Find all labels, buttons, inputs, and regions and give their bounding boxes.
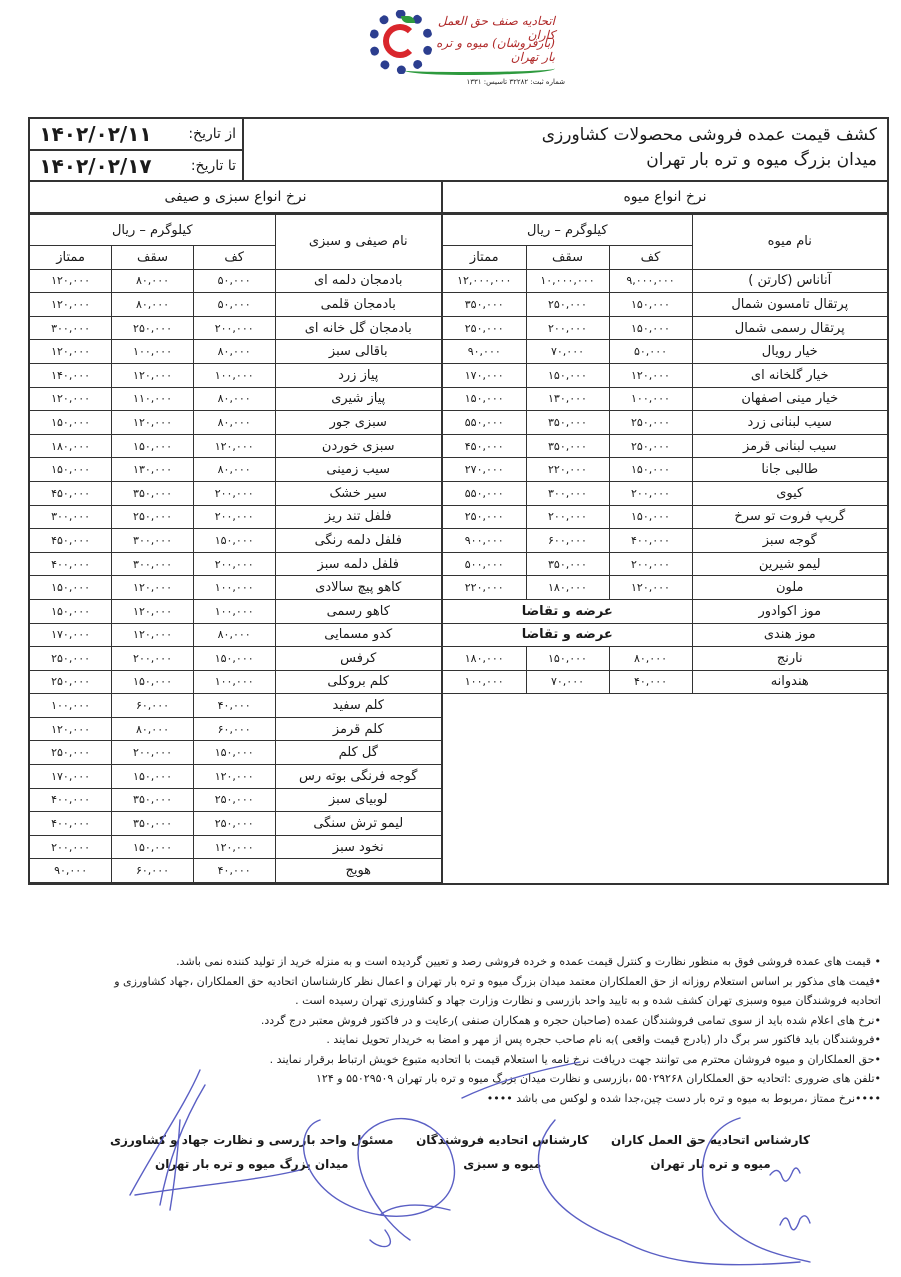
to-date-value: ۱۴۰۲/۰۲/۱۷: [30, 154, 161, 178]
price-kaf: ۵۰,۰۰۰: [609, 340, 692, 364]
price-kaf: ۱۲۰,۰۰۰: [609, 576, 692, 600]
item-name: کاهو رسمی: [275, 599, 441, 623]
price-momtaz: ۳۵۰,۰۰۰: [443, 293, 526, 317]
price-momtaz: ۹۰۰,۰۰۰: [443, 529, 526, 553]
price-saqf: ۱۱۰,۰۰۰: [112, 387, 194, 411]
price-saqf: ۱۵۰,۰۰۰: [112, 765, 194, 789]
price-kaf: ۸۰,۰۰۰: [193, 340, 275, 364]
price-kaf: ۸۰,۰۰۰: [193, 411, 275, 435]
price-saqf: ۳۰۰,۰۰۰: [112, 552, 194, 576]
price-saqf: ۲۵۰,۰۰۰: [112, 505, 194, 529]
table-row: لیمو شیرین۲۰۰,۰۰۰۳۵۰,۰۰۰۵۰۰,۰۰۰: [443, 552, 887, 576]
price-kaf: ۱۰۰,۰۰۰: [193, 599, 275, 623]
price-momtaz: ۲۵۰,۰۰۰: [30, 647, 112, 671]
price-momtaz: ۴۰۰,۰۰۰: [30, 812, 112, 836]
table-row: گریپ فروت تو سرخ۱۵۰,۰۰۰۲۰۰,۰۰۰۲۵۰,۰۰۰: [443, 505, 887, 529]
table-row: پیاز زرد۱۰۰,۰۰۰۱۲۰,۰۰۰۱۴۰,۰۰۰: [30, 363, 441, 387]
note-line: •فروشندگان باید فاکتور سر برگ دار (بادرج…: [18, 1030, 881, 1050]
from-date: از تاریخ: ۱۴۰۲/۰۲/۱۱: [30, 119, 242, 149]
item-name: کلم بروکلی: [275, 670, 441, 694]
item-name: پیاز شیری: [275, 387, 441, 411]
price-momtaz: ۵۰۰,۰۰۰: [443, 552, 526, 576]
table-row: موز اکوادورعرضه و تقاضا: [443, 599, 887, 623]
table-row: آناناس (کارتن )۹,۰۰۰,۰۰۰۱۰,۰۰۰,۰۰۰۱۲,۰۰۰…: [443, 269, 887, 293]
price-momtaz: ۲۲۰,۰۰۰: [443, 576, 526, 600]
item-name: گل کلم: [275, 741, 441, 765]
price-saqf: ۱۵۰,۰۰۰: [526, 363, 609, 387]
item-name: هویج: [275, 859, 441, 883]
price-saqf: ۱۲۰,۰۰۰: [112, 363, 194, 387]
table-row: کلم سفید۴۰,۰۰۰۶۰,۰۰۰۱۰۰,۰۰۰: [30, 694, 441, 718]
table-row: فلفل دلمه سبز۲۰۰,۰۰۰۳۰۰,۰۰۰۴۰۰,۰۰۰: [30, 552, 441, 576]
title-line-1: کشف قیمت عمده فروشی محصولات کشاورزی: [244, 123, 877, 148]
table-row: ملون۱۲۰,۰۰۰۱۸۰,۰۰۰۲۲۰,۰۰۰: [443, 576, 887, 600]
signature-subtitle: میوه و تره بار تهران: [611, 1152, 810, 1176]
item-name: فلفل دلمه سبز: [275, 552, 441, 576]
price-momtaz: ۴۵۰,۰۰۰: [30, 529, 112, 553]
table-row: سبزی جور۸۰,۰۰۰۱۲۰,۰۰۰۱۵۰,۰۰۰: [30, 411, 441, 435]
price-kaf: ۲۵۰,۰۰۰: [193, 812, 275, 836]
item-name: خیار رویال: [692, 340, 887, 364]
signature-title: کارشناس اتحادیه حق العمل کاران: [611, 1128, 810, 1152]
item-name: طالبی جانا: [692, 458, 887, 482]
price-kaf: ۱۵۰,۰۰۰: [193, 529, 275, 553]
item-name: فلفل دلمه رنگی: [275, 529, 441, 553]
signature-blocks: کارشناس اتحادیه حق العمل کاران میوه و تر…: [110, 1128, 810, 1176]
veg-col-momtaz: ممتاز: [30, 246, 112, 270]
price-saqf: ۱۳۰,۰۰۰: [112, 458, 194, 482]
price-momtaz: ۹۰,۰۰۰: [30, 859, 112, 883]
price-saqf: ۱۳۰,۰۰۰: [526, 387, 609, 411]
table-row: سیر خشک۲۰۰,۰۰۰۳۵۰,۰۰۰۴۵۰,۰۰۰: [30, 481, 441, 505]
price-saqf: ۱۵۰,۰۰۰: [112, 434, 194, 458]
signature-subtitle: میدان بزرگ میوه و تره بار تهران: [110, 1152, 393, 1176]
item-name: گوجه سبز: [692, 529, 887, 553]
price-kaf: ۲۰۰,۰۰۰: [609, 552, 692, 576]
price-saqf: ۲۵۰,۰۰۰: [112, 316, 194, 340]
price-saqf: ۱۲۰,۰۰۰: [112, 599, 194, 623]
price-kaf: ۱۵۰,۰۰۰: [609, 293, 692, 317]
veg-col-kaf: کف: [193, 246, 275, 270]
to-date-label: تا تاریخ:: [161, 158, 242, 174]
price-kaf: ۲۵۰,۰۰۰: [609, 411, 692, 435]
table-row: لیمو ترش سنگی۲۵۰,۰۰۰۳۵۰,۰۰۰۴۰۰,۰۰۰: [30, 812, 441, 836]
fruit-col-kaf: کف: [609, 246, 692, 270]
table-row: موز هندیعرضه و تقاضا: [443, 623, 887, 647]
price-kaf: ۶۰,۰۰۰: [193, 717, 275, 741]
price-saqf: ۶۰۰,۰۰۰: [526, 529, 609, 553]
item-name: کدو مسمایی: [275, 623, 441, 647]
table-row: باقالی سبز۸۰,۰۰۰۱۰۰,۰۰۰۱۲۰,۰۰۰: [30, 340, 441, 364]
price-kaf: ۲۰۰,۰۰۰: [609, 481, 692, 505]
item-name: فلفل تند ریز: [275, 505, 441, 529]
item-name: ملون: [692, 576, 887, 600]
price-saqf: ۲۵۰,۰۰۰: [526, 293, 609, 317]
price-momtaz: ۱۲۰,۰۰۰: [30, 340, 112, 364]
price-kaf: ۴۰,۰۰۰: [609, 670, 692, 694]
date-range: از تاریخ: ۱۴۰۲/۰۲/۱۱ تا تاریخ: ۱۴۰۲/۰۲/۱…: [30, 119, 244, 180]
price-saqf: ۱۲۰,۰۰۰: [112, 623, 194, 647]
from-date-value: ۱۴۰۲/۰۲/۱۱: [30, 122, 161, 146]
price-saqf: ۲۲۰,۰۰۰: [526, 458, 609, 482]
fruit-panel: نرخ انواع میوه نام میوه کیلوگرم – ریال ک…: [441, 182, 887, 883]
item-name: سیب لبنانی زرد: [692, 411, 887, 435]
price-saqf: ۳۵۰,۰۰۰: [112, 481, 194, 505]
note-line: •قیمت های مذکور بر اساس استعلام روزانه ا…: [18, 972, 881, 992]
item-name: باقالی سبز: [275, 340, 441, 364]
item-name: کرفس: [275, 647, 441, 671]
price-saqf: ۷۰,۰۰۰: [526, 340, 609, 364]
price-momtaz: ۲۵۰,۰۰۰: [30, 741, 112, 765]
item-name: کاهو پیچ سالادی: [275, 576, 441, 600]
price-momtaz: ۴۰۰,۰۰۰: [30, 552, 112, 576]
price-momtaz: ۲۷۰,۰۰۰: [443, 458, 526, 482]
item-name: پرتقال رسمی شمال: [692, 316, 887, 340]
price-momtaz: ۱۵۰,۰۰۰: [30, 599, 112, 623]
note-line: •حق العملکاران و میوه فروشان محترم می تو…: [18, 1050, 881, 1070]
price-momtaz: ۲۰۰,۰۰۰: [30, 835, 112, 859]
price-tables: نرخ انواع میوه نام میوه کیلوگرم – ریال ک…: [30, 182, 887, 883]
table-row: بادمجان گل خانه ای۲۰۰,۰۰۰۲۵۰,۰۰۰۳۰۰,۰۰۰: [30, 316, 441, 340]
table-row: کلم بروکلی۱۰۰,۰۰۰۱۵۰,۰۰۰۲۵۰,۰۰۰: [30, 670, 441, 694]
fruit-col-momtaz: ممتاز: [443, 246, 526, 270]
price-sheet: از تاریخ: ۱۴۰۲/۰۲/۱۱ تا تاریخ: ۱۴۰۲/۰۲/۱…: [28, 117, 889, 885]
item-name: پیاز زرد: [275, 363, 441, 387]
from-date-label: از تاریخ:: [161, 126, 242, 142]
fruit-unit-header: کیلوگرم – ریال: [443, 215, 692, 246]
vegetable-panel: نرخ انواع سبزی و صیفی نام صیفی و سبزی کی…: [30, 182, 441, 883]
signature-title: مسئول واحد بازرسی و نظارت جهاد و کشاورزی: [110, 1128, 393, 1152]
item-name: کیوی: [692, 481, 887, 505]
item-name: آناناس (کارتن ): [692, 269, 887, 293]
signature-title: کارشناس اتحادیه فروشندگان: [416, 1128, 588, 1152]
price-momtaz: ۱۲۰,۰۰۰: [30, 269, 112, 293]
item-name: کلم سفید: [275, 694, 441, 718]
title-line-2: میدان بزرگ میوه و تره بار تهران: [244, 148, 877, 173]
price-kaf: ۱۰۰,۰۰۰: [609, 387, 692, 411]
table-row: سیب لبنانی زرد۲۵۰,۰۰۰۳۵۰,۰۰۰۵۵۰,۰۰۰: [443, 411, 887, 435]
table-row: خیار مینی اصفهان۱۰۰,۰۰۰۱۳۰,۰۰۰۱۵۰,۰۰۰: [443, 387, 887, 411]
note-line: ••••نرخ ممتاز ،مربوط به میوه و تره بار د…: [18, 1089, 881, 1109]
price-momtaz: ۱۷۰,۰۰۰: [443, 363, 526, 387]
price-momtaz: ۴۰۰,۰۰۰: [30, 788, 112, 812]
signature-block-inspection: مسئول واحد بازرسی و نظارت جهاد و کشاورزی…: [110, 1128, 393, 1176]
fruit-table: نام میوه کیلوگرم – ریال کف سقف ممتاز آنا…: [443, 214, 887, 694]
footnotes: • قیمت های عمده فروشی فوق به منظور نظارت…: [18, 952, 881, 1108]
price-saqf: ۱۰,۰۰۰,۰۰۰: [526, 269, 609, 293]
to-date: تا تاریخ: ۱۴۰۲/۰۲/۱۷: [30, 149, 242, 181]
price-momtaz: ۱۲۰,۰۰۰: [30, 717, 112, 741]
item-name: کلم قرمز: [275, 717, 441, 741]
price-saqf: ۳۵۰,۰۰۰: [112, 788, 194, 812]
price-momtaz: ۱۰۰,۰۰۰: [443, 670, 526, 694]
item-name: موز اکوادور: [692, 599, 887, 623]
price-saqf: ۷۰,۰۰۰: [526, 670, 609, 694]
price-kaf: ۲۰۰,۰۰۰: [193, 316, 275, 340]
table-row: کاهو پیچ سالادی۱۰۰,۰۰۰۱۲۰,۰۰۰۱۵۰,۰۰۰: [30, 576, 441, 600]
price-saqf: ۲۰۰,۰۰۰: [526, 316, 609, 340]
price-kaf: ۴۰,۰۰۰: [193, 859, 275, 883]
price-kaf: ۴۰,۰۰۰: [193, 694, 275, 718]
table-row: خیار رویال۵۰,۰۰۰۷۰,۰۰۰۹۰,۰۰۰: [443, 340, 887, 364]
price-saqf: ۲۰۰,۰۰۰: [526, 505, 609, 529]
table-row: سیب زمینی۸۰,۰۰۰۱۳۰,۰۰۰۱۵۰,۰۰۰: [30, 458, 441, 482]
item-name: نارنج: [692, 647, 887, 671]
signature-subtitle: میوه و سبزی: [416, 1152, 588, 1176]
price-momtaz: ۲۵۰,۰۰۰: [443, 505, 526, 529]
supply-demand-note: عرضه و تقاضا: [443, 599, 692, 623]
table-row: بادمجان دلمه ای۵۰,۰۰۰۸۰,۰۰۰۱۲۰,۰۰۰: [30, 269, 441, 293]
table-row: لوبیای سبز۲۵۰,۰۰۰۳۵۰,۰۰۰۴۰۰,۰۰۰: [30, 788, 441, 812]
price-kaf: ۵۰,۰۰۰: [193, 293, 275, 317]
price-kaf: ۱۲۰,۰۰۰: [193, 835, 275, 859]
note-line: •نرخ های اعلام شده باید از سوی تمامی فرو…: [18, 1011, 881, 1031]
fruit-section-title: نرخ انواع میوه: [443, 182, 887, 214]
logo-registration: شماره ثبت: ۳۲۲۸۲ تاسیس: ۱۳۳۱: [429, 78, 565, 86]
price-kaf: ۵۰,۰۰۰: [193, 269, 275, 293]
price-momtaz: ۳۰۰,۰۰۰: [30, 505, 112, 529]
table-row: گل کلم۱۵۰,۰۰۰۲۰۰,۰۰۰۲۵۰,۰۰۰: [30, 741, 441, 765]
price-momtaz: ۱۵۰,۰۰۰: [30, 411, 112, 435]
note-line: •تلفن های ضروری :اتحادیه حق العملکاران ۵…: [18, 1069, 881, 1089]
price-kaf: ۸۰,۰۰۰: [193, 458, 275, 482]
price-momtaz: ۱۰۰,۰۰۰: [30, 694, 112, 718]
table-row: هندوانه۴۰,۰۰۰۷۰,۰۰۰۱۰۰,۰۰۰: [443, 670, 887, 694]
price-momtaz: ۱۵۰,۰۰۰: [30, 576, 112, 600]
table-row: کلم قرمز۶۰,۰۰۰۸۰,۰۰۰۱۲۰,۰۰۰: [30, 717, 441, 741]
table-row: سبزی خوردن۱۲۰,۰۰۰۱۵۰,۰۰۰۱۸۰,۰۰۰: [30, 434, 441, 458]
table-row: کدو مسمایی۸۰,۰۰۰۱۲۰,۰۰۰۱۷۰,۰۰۰: [30, 623, 441, 647]
item-name: خیار مینی اصفهان: [692, 387, 887, 411]
table-row: کیوی۲۰۰,۰۰۰۳۰۰,۰۰۰۵۵۰,۰۰۰: [443, 481, 887, 505]
note-line: • قیمت های عمده فروشی فوق به منظور نظارت…: [18, 952, 881, 972]
table-row: کرفس۱۵۰,۰۰۰۲۰۰,۰۰۰۲۵۰,۰۰۰: [30, 647, 441, 671]
price-kaf: ۱۲۰,۰۰۰: [609, 363, 692, 387]
price-momtaz: ۴۵۰,۰۰۰: [443, 434, 526, 458]
item-name: بادمجان دلمه ای: [275, 269, 441, 293]
price-kaf: ۸۰,۰۰۰: [193, 387, 275, 411]
note-line: اتحادیه فروشندگان میوه وسبزی تهران کشف ش…: [18, 991, 881, 1011]
sheet-header: از تاریخ: ۱۴۰۲/۰۲/۱۱ تا تاریخ: ۱۴۰۲/۰۲/۱…: [30, 119, 887, 182]
price-momtaz: ۱۸۰,۰۰۰: [443, 647, 526, 671]
table-row: گوجه سبز۴۰۰,۰۰۰۶۰۰,۰۰۰۹۰۰,۰۰۰: [443, 529, 887, 553]
table-row: کاهو رسمی۱۰۰,۰۰۰۱۲۰,۰۰۰۱۵۰,۰۰۰: [30, 599, 441, 623]
price-kaf: ۱۰۰,۰۰۰: [193, 363, 275, 387]
table-row: پرتقال تامسون شمال۱۵۰,۰۰۰۲۵۰,۰۰۰۳۵۰,۰۰۰: [443, 293, 887, 317]
price-saqf: ۸۰,۰۰۰: [112, 717, 194, 741]
price-saqf: ۳۰۰,۰۰۰: [526, 481, 609, 505]
item-name: پرتقال تامسون شمال: [692, 293, 887, 317]
item-name: سیب لبنانی قرمز: [692, 434, 887, 458]
item-name: گوجه فرنگی بوته رس: [275, 765, 441, 789]
veg-section-title: نرخ انواع سبزی و صیفی: [30, 182, 441, 214]
price-momtaz: ۴۵۰,۰۰۰: [30, 481, 112, 505]
veg-unit-header: کیلوگرم – ریال: [30, 215, 275, 246]
price-saqf: ۸۰,۰۰۰: [112, 269, 194, 293]
price-saqf: ۸۰,۰۰۰: [112, 293, 194, 317]
veg-name-header: نام صیفی و سبزی: [275, 215, 441, 270]
price-saqf: ۲۰۰,۰۰۰: [112, 741, 194, 765]
item-name: لوبیای سبز: [275, 788, 441, 812]
veg-col-saqf: سقف: [112, 246, 194, 270]
price-kaf: ۲۵۰,۰۰۰: [609, 434, 692, 458]
price-kaf: ۴۰۰,۰۰۰: [609, 529, 692, 553]
price-momtaz: ۱۷۰,۰۰۰: [30, 765, 112, 789]
price-saqf: ۱۵۰,۰۰۰: [112, 835, 194, 859]
price-saqf: ۳۵۰,۰۰۰: [526, 552, 609, 576]
wave-icon: [405, 64, 555, 75]
fruit-col-saqf: سقف: [526, 246, 609, 270]
price-saqf: ۶۰,۰۰۰: [112, 859, 194, 883]
table-row: فلفل تند ریز۲۰۰,۰۰۰۲۵۰,۰۰۰۳۰۰,۰۰۰: [30, 505, 441, 529]
price-saqf: ۱۰۰,۰۰۰: [112, 340, 194, 364]
item-name: لیمو شیرین: [692, 552, 887, 576]
price-kaf: ۲۰۰,۰۰۰: [193, 552, 275, 576]
table-row: پیاز شیری۸۰,۰۰۰۱۱۰,۰۰۰۱۲۰,۰۰۰: [30, 387, 441, 411]
price-saqf: ۱۵۰,۰۰۰: [526, 647, 609, 671]
price-saqf: ۱۵۰,۰۰۰: [112, 670, 194, 694]
price-momtaz: ۱۷۰,۰۰۰: [30, 623, 112, 647]
table-row: طالبی جانا۱۵۰,۰۰۰۲۲۰,۰۰۰۲۷۰,۰۰۰: [443, 458, 887, 482]
price-saqf: ۶۰,۰۰۰: [112, 694, 194, 718]
price-kaf: ۲۵۰,۰۰۰: [193, 788, 275, 812]
item-name: گریپ فروت تو سرخ: [692, 505, 887, 529]
price-kaf: ۸۰,۰۰۰: [193, 623, 275, 647]
price-kaf: ۱۲۰,۰۰۰: [193, 765, 275, 789]
apple-icon: [383, 24, 417, 58]
price-saqf: ۳۵۰,۰۰۰: [526, 434, 609, 458]
item-name: سبزی خوردن: [275, 434, 441, 458]
price-kaf: ۲۰۰,۰۰۰: [193, 481, 275, 505]
page-title: کشف قیمت عمده فروشی محصولات کشاورزی میدا…: [244, 119, 887, 180]
price-momtaz: ۱۴۰,۰۰۰: [30, 363, 112, 387]
price-kaf: ۱۰۰,۰۰۰: [193, 670, 275, 694]
vegetable-table: نام صیفی و سبزی کیلوگرم – ریال کف سقف مم…: [30, 214, 441, 883]
price-momtaz: ۲۵۰,۰۰۰: [443, 316, 526, 340]
item-name: هندوانه: [692, 670, 887, 694]
item-name: موز هندی: [692, 623, 887, 647]
price-saqf: ۱۲۰,۰۰۰: [112, 576, 194, 600]
table-row: هویج۴۰,۰۰۰۶۰,۰۰۰۹۰,۰۰۰: [30, 859, 441, 883]
price-kaf: ۱۵۰,۰۰۰: [609, 316, 692, 340]
item-name: نخود سبز: [275, 835, 441, 859]
price-momtaz: ۳۰۰,۰۰۰: [30, 316, 112, 340]
table-row: خیار گلخانه ای۱۲۰,۰۰۰۱۵۰,۰۰۰۱۷۰,۰۰۰: [443, 363, 887, 387]
table-row: نارنج۸۰,۰۰۰۱۵۰,۰۰۰۱۸۰,۰۰۰: [443, 647, 887, 671]
price-saqf: ۳۵۰,۰۰۰: [526, 411, 609, 435]
item-name: خیار گلخانه ای: [692, 363, 887, 387]
price-kaf: ۱۵۰,۰۰۰: [193, 741, 275, 765]
table-row: سیب لبنانی قرمز۲۵۰,۰۰۰۳۵۰,۰۰۰۴۵۰,۰۰۰: [443, 434, 887, 458]
price-saqf: ۱۸۰,۰۰۰: [526, 576, 609, 600]
price-saqf: ۳۰۰,۰۰۰: [112, 529, 194, 553]
price-saqf: ۱۲۰,۰۰۰: [112, 411, 194, 435]
table-row: فلفل دلمه رنگی۱۵۰,۰۰۰۳۰۰,۰۰۰۴۵۰,۰۰۰: [30, 529, 441, 553]
price-momtaz: ۵۵۰,۰۰۰: [443, 411, 526, 435]
price-momtaz: ۵۵۰,۰۰۰: [443, 481, 526, 505]
price-kaf: ۲۰۰,۰۰۰: [193, 505, 275, 529]
price-momtaz: ۱۲۰,۰۰۰: [30, 293, 112, 317]
price-momtaz: ۱۲,۰۰۰,۰۰۰: [443, 269, 526, 293]
signature-block-commission-agents: کارشناس اتحادیه حق العمل کاران میوه و تر…: [611, 1128, 810, 1176]
price-saqf: ۳۵۰,۰۰۰: [112, 812, 194, 836]
union-logo: اتحادیه صنف حق العمل کاران (بارفروشان) م…: [365, 8, 565, 88]
logo-subtitle: (بارفروشان) میوه و تره بار تهران: [427, 36, 555, 64]
price-kaf: ۹,۰۰۰,۰۰۰: [609, 269, 692, 293]
price-kaf: ۱۲۰,۰۰۰: [193, 434, 275, 458]
price-kaf: ۱۵۰,۰۰۰: [193, 647, 275, 671]
price-momtaz: ۱۸۰,۰۰۰: [30, 434, 112, 458]
signature-block-sellers-union: کارشناس اتحادیه فروشندگان میوه و سبزی: [416, 1128, 588, 1176]
price-momtaz: ۱۲۰,۰۰۰: [30, 387, 112, 411]
table-row: پرتقال رسمی شمال۱۵۰,۰۰۰۲۰۰,۰۰۰۲۵۰,۰۰۰: [443, 316, 887, 340]
price-kaf: ۱۵۰,۰۰۰: [609, 458, 692, 482]
price-momtaz: ۱۵۰,۰۰۰: [30, 458, 112, 482]
supply-demand-note: عرضه و تقاضا: [443, 623, 692, 647]
price-kaf: ۸۰,۰۰۰: [609, 647, 692, 671]
item-name: سیر خشک: [275, 481, 441, 505]
item-name: بادمجان قلمی: [275, 293, 441, 317]
price-kaf: ۱۵۰,۰۰۰: [609, 505, 692, 529]
item-name: لیمو ترش سنگی: [275, 812, 441, 836]
fruit-name-header: نام میوه: [692, 215, 887, 270]
price-kaf: ۱۰۰,۰۰۰: [193, 576, 275, 600]
table-row: نخود سبز۱۲۰,۰۰۰۱۵۰,۰۰۰۲۰۰,۰۰۰: [30, 835, 441, 859]
price-momtaz: ۱۵۰,۰۰۰: [443, 387, 526, 411]
price-saqf: ۲۰۰,۰۰۰: [112, 647, 194, 671]
price-momtaz: ۲۵۰,۰۰۰: [30, 670, 112, 694]
item-name: سبزی جور: [275, 411, 441, 435]
table-row: بادمجان قلمی۵۰,۰۰۰۸۰,۰۰۰۱۲۰,۰۰۰: [30, 293, 441, 317]
table-row: گوجه فرنگی بوته رس۱۲۰,۰۰۰۱۵۰,۰۰۰۱۷۰,۰۰۰: [30, 765, 441, 789]
item-name: سیب زمینی: [275, 458, 441, 482]
price-momtaz: ۹۰,۰۰۰: [443, 340, 526, 364]
item-name: بادمجان گل خانه ای: [275, 316, 441, 340]
